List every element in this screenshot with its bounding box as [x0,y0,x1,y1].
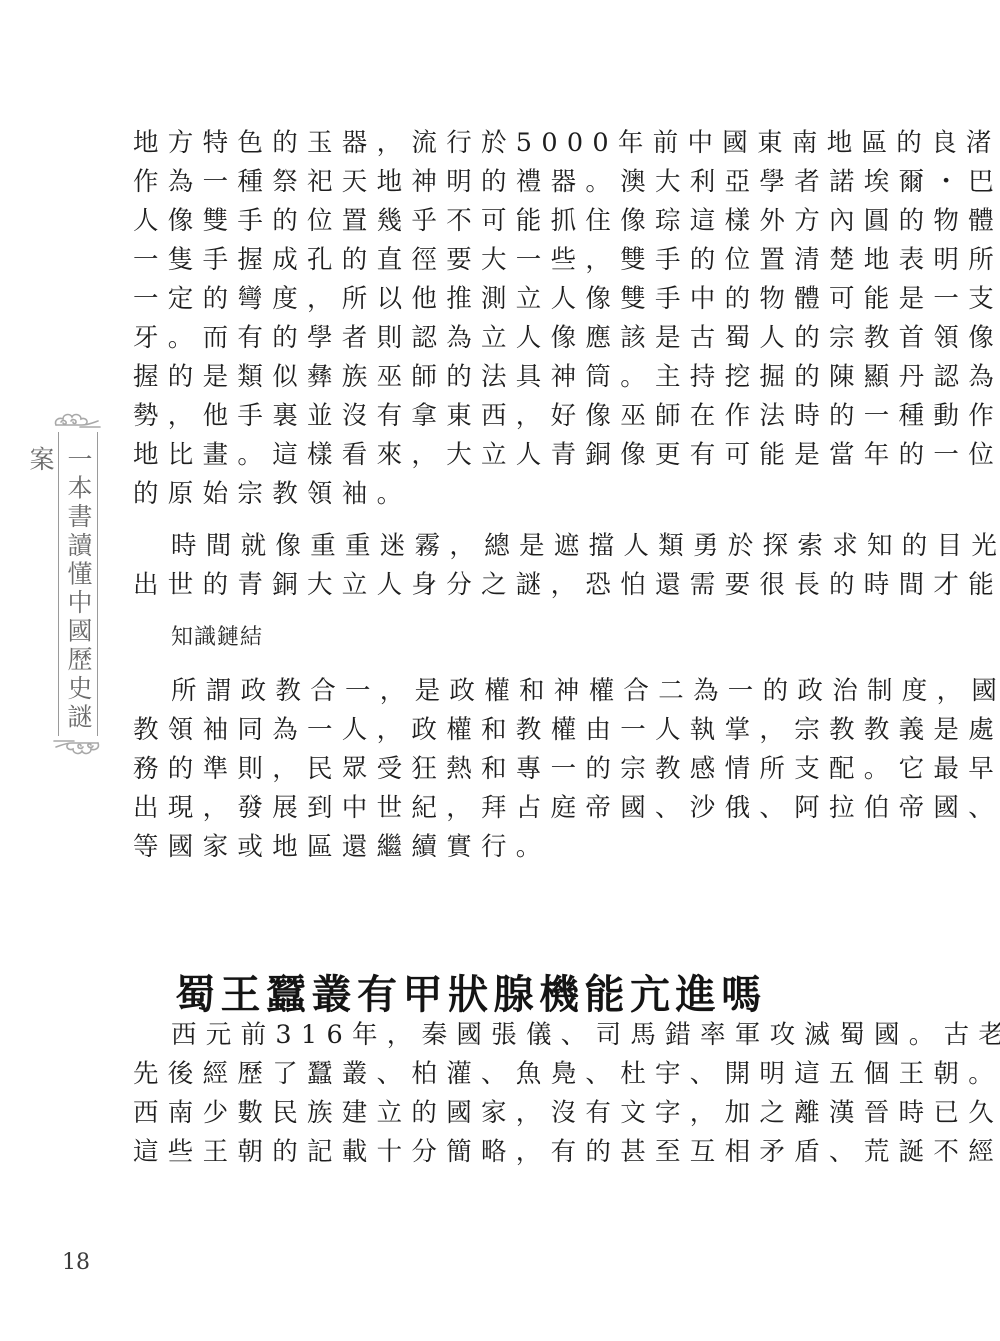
paragraph-continued: 地方特色的玉器，流行於5000年前中國東南地區的良渚文化中，通常是 作為一種祭祀… [133,124,839,514]
cloud-ornament-icon [52,738,102,760]
text-line: 務的準則，民眾受狂熱和專一的宗教感情所支配。它最早在原始國家中 [133,750,839,789]
chapter-heading: 蜀王蠶叢有甲狀腺機能亢進嗎 [175,963,767,1020]
paragraph-text: 時間就像重重迷霧，總是遮擋人類勇於探索求知的目光，這個橫空 出世的青銅大立人身分… [133,527,839,605]
text-line: 時間就像重重迷霧，總是遮擋人類勇於探索求知的目光，這個橫空 [133,527,839,566]
book-page: 一本書讀懂中國歷史謎案 地方特色的玉器，流行於5000年前中國東南地區的良渚文化… [0,0,1000,1341]
text-line: 所謂政教合一，是政權和神權合二為一的政治制度，國家元首和宗 [133,672,839,711]
title-frame: 一本書讀懂中國歷史謎案 [58,432,98,736]
knowledge-link-label: 知識鏈結 [171,620,263,651]
text-line: 先後經歷了蠶叢、柏灌、魚鳧、杜宇、開明這五個王朝。由於它們都是 [133,1055,839,1094]
side-book-title: 一本書讀懂中國歷史謎案 [48,408,104,760]
text-line: 人像雙手的位置幾乎不可能抓住像琮這樣外方內圓的物體。由於上方的 [133,202,839,241]
text-line: 作為一種祭祀天地神明的禮器。澳大利亞學者諾埃爾・巴納德認為，立 [133,163,839,202]
text-line: 牙。而有的學者則認為立人像應該是古蜀人的宗教首領像，銅像雙手所 [133,319,839,358]
text-line: 勢，他手裏並沒有拿東西，好像巫師在作法時的一種動作，就是在不停 [133,397,839,436]
text-line: 西南少數民族建立的國家，沒有文字，加之離漢晉時已久遠，故古人對 [133,1094,839,1133]
text-line: 等國家或地區還繼續實行。 [133,828,839,867]
text-line: 地方特色的玉器，流行於5000年前中國東南地區的良渚文化中，通常是 [133,124,839,163]
paragraph-text: 地方特色的玉器，流行於5000年前中國東南地區的良渚文化中，通常是 作為一種祭祀… [133,124,839,514]
text-line: 出世的青銅大立人身分之謎，恐怕還需要很長的時間才能解開。 [133,566,839,605]
side-title-text: 一本書讀懂中國歷史謎案 [59,446,97,736]
text-line: 一定的彎度，所以他推測立人像雙手中的物體可能是一支牙尖向下的象 [133,280,839,319]
text-line: 教領袖同為一人，政權和教權由一人執掌，宗教教義是處理一切民間事 [133,711,839,750]
text-line: 握的是類似彝族巫師的法具神筒。主持挖掘的陳顯丹認為可能是一種手 [133,358,839,397]
text-line: 的原始宗教領袖。 [133,475,839,514]
text-line: 這些王朝的記載十分簡略，有的甚至互相矛盾、荒誕不經，更為古蜀國 [133,1133,839,1172]
page-number: 18 [62,1250,90,1275]
text-line: 地比畫。這樣看來，大立人青銅像更有可能是當年的一位能夠絕地通天 [133,436,839,475]
text-line: 一隻手握成孔的直徑要大一些，雙手的位置清楚地表明所執物體必須有 [133,241,839,280]
text-line: 西元前316年，秦國張儀、司馬錯率軍攻滅蜀國。古老的成都平原， [133,1016,839,1055]
paragraph-text: 西元前316年，秦國張儀、司馬錯率軍攻滅蜀國。古老的成都平原， 先後經歷了蠶叢、… [133,1016,839,1172]
paragraph-text: 所謂政教合一，是政權和神權合二為一的政治制度，國家元首和宗 教領袖同為一人，政權… [133,672,839,867]
text-line: 出現，發展到中世紀，拜占庭帝國、沙俄、阿拉伯帝國、印度、義大利 [133,789,839,828]
cloud-ornament-icon [52,408,102,430]
chapter-paragraph: 西元前316年，秦國張儀、司馬錯率軍攻滅蜀國。古老的成都平原， 先後經歷了蠶叢、… [133,1016,839,1172]
knowledge-link-paragraph: 所謂政教合一，是政權和神權合二為一的政治制度，國家元首和宗 教領袖同為一人，政權… [133,672,839,867]
paragraph-conclusion: 時間就像重重迷霧，總是遮擋人類勇於探索求知的目光，這個橫空 出世的青銅大立人身分… [133,527,839,605]
